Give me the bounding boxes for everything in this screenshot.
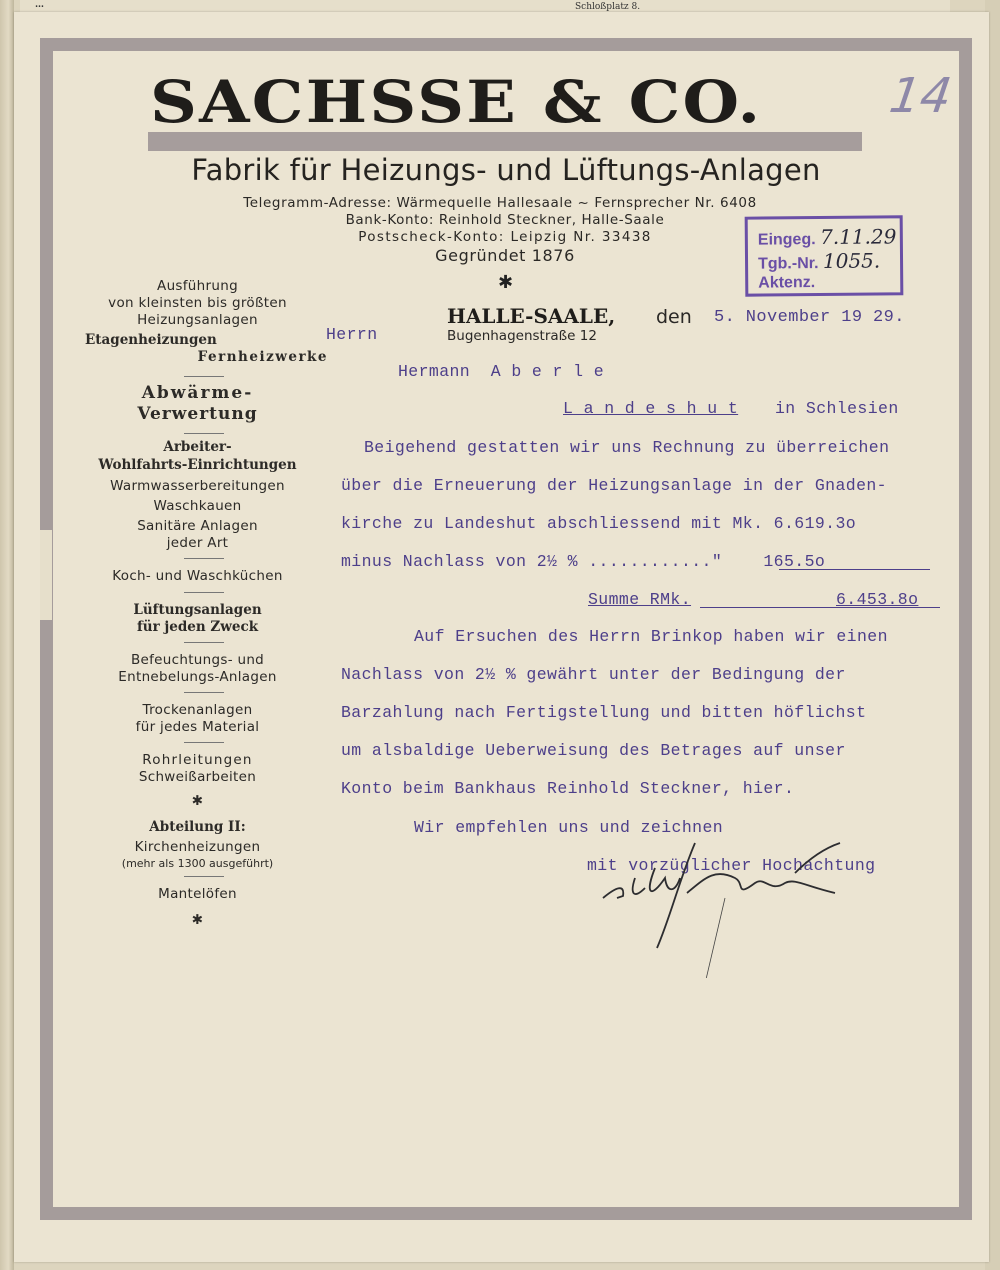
telegram-address: Telegramm-Adresse: Wärmequelle Hallesaal… [210,195,790,211]
bank-account: Bank-Konto: Reinhold Steckner, Halle-Saa… [200,212,810,228]
stamp-received-date: 7.11.29 [820,224,897,249]
company-name: SACHSSE & CO. [150,68,956,136]
sidebar-divider [184,558,224,559]
postal-check-account: Postscheck-Konto: Leipzig Nr. 33438 [200,229,810,245]
sidebar-item: (mehr als 1300 ausgeführt) [80,857,315,870]
founded-year: Gegründet 1876 [200,246,810,265]
sidebar-divider [184,742,224,743]
sidebar-item: Befeuchtungs- und [80,652,315,668]
salutation-prefix: Herrn [326,325,378,344]
star-ornament-icon: ✱ [80,793,315,809]
sidebar-item: jeder Art [80,535,315,551]
date-prefix: den [656,306,692,328]
body-line: Beigehend gestatten wir uns Rechnung zu … [364,438,889,457]
sum-underline [700,607,940,608]
letter-date: 5. November 19 29. [714,308,905,327]
body-line: um alsbaldige Ueberweisung des Betrages … [341,741,846,760]
sidebar-item: Arbeiter- [80,439,315,455]
sidebar-item: von kleinsten bis größten [80,295,315,311]
stamp-journal-label: Tgb.-Nr. [758,255,819,273]
company-street: Bugenhagenstraße 12 [447,328,597,344]
underlying-fragment-address: Schloßplatz 8. [575,2,640,12]
sidebar-item: Koch- und Waschküchen [80,568,315,584]
sidebar-item: Mantelöfen [80,886,315,902]
sidebar-item: Abwärme- [80,383,315,403]
sidebar-item: für jedes Material [80,719,315,735]
title-underline-bar [148,132,862,151]
sidebar-item: Lüftungsanlagen [80,602,315,618]
sidebar-item: Wohlfahrts-Einrichtungen [80,457,315,473]
body-line: Konto beim Bankhaus Reinhold Steckner, h… [341,779,794,798]
sidebar-divider [184,692,224,693]
sidebar-item: Etagenheizungen [85,332,320,348]
body-line: über die Erneuerung der Heizungsanlage i… [341,476,887,495]
sidebar-item: Entnebelungs-Anlagen [80,669,315,685]
discount-underline [779,569,930,570]
sidebar-item: Verwertung [80,404,315,424]
sidebar-item: Schweißarbeiten [80,769,315,785]
closing-line: Wir empfehlen uns und zeichnen [414,818,723,837]
sidebar-divider [184,876,224,877]
sidebar-item: Sanitäre Anlagen [80,518,315,534]
sidebar-divider [184,376,224,377]
body-line: minus Nachlass von 2½ % ............" 16… [341,552,825,571]
sidebar-item: Trockenanlagen [80,702,315,718]
sidebar-item: für jeden Zweck [80,619,315,635]
body-line: Nachlass von 2½ % gewährt unter der Bedi… [341,665,846,684]
sidebar-divider [184,642,224,643]
sidebar-item: Kirchenheizungen [80,839,315,855]
recipient-city: L a n d e s h u t [563,399,738,418]
star-ornament-icon: ✱ [498,272,513,293]
sidebar-divider [184,592,224,593]
received-stamp: Eingeg. 7.11.29 Tgb.-Nr. 1055. Aktenz. [745,215,904,296]
recipient-name: Hermann A b e r l e [398,362,604,381]
company-tagline: Fabrik für Heizungs- und Lüftungs-Anlage… [86,153,926,187]
sidebar-item: Abteilung II: [80,819,315,835]
sidebar-item: Heizungsanlagen [80,312,315,328]
sidebar-item: Rohrleitungen [80,752,315,768]
handwritten-page-number: 14 [886,68,955,124]
body-line: kirche zu Landeshut abschliessend mit Mk… [341,514,856,533]
body-line: Auf Ersuchen des Herrn Brinkop haben wir… [414,627,888,646]
sidebar-divider [184,433,224,434]
recipient-region: in Schlesien [775,399,899,418]
handwritten-signature [595,838,875,978]
sidebar-item: Fernheizwerke [80,349,328,365]
stacked-pages-edge [0,0,14,1270]
stamp-journal-number: 1055. [823,249,880,273]
underlying-fragment-left: … [35,0,44,10]
star-ornament-icon: ✱ [80,912,315,928]
sum-label: Summe RMk. [588,590,691,609]
stamp-file-label: Aktenz. [758,274,815,291]
sidebar-item: Waschkauen [80,498,315,514]
stamp-received-label: Eingeg. [758,231,816,249]
sidebar-item: Warmwasserbereitungen [80,478,315,494]
sidebar-item: Ausführung [80,278,315,294]
city-heading: HALLE-SAALE, [447,304,615,328]
body-line: Barzahlung nach Fertigstellung und bitte… [341,703,866,722]
torn-paper-patch [40,530,52,620]
